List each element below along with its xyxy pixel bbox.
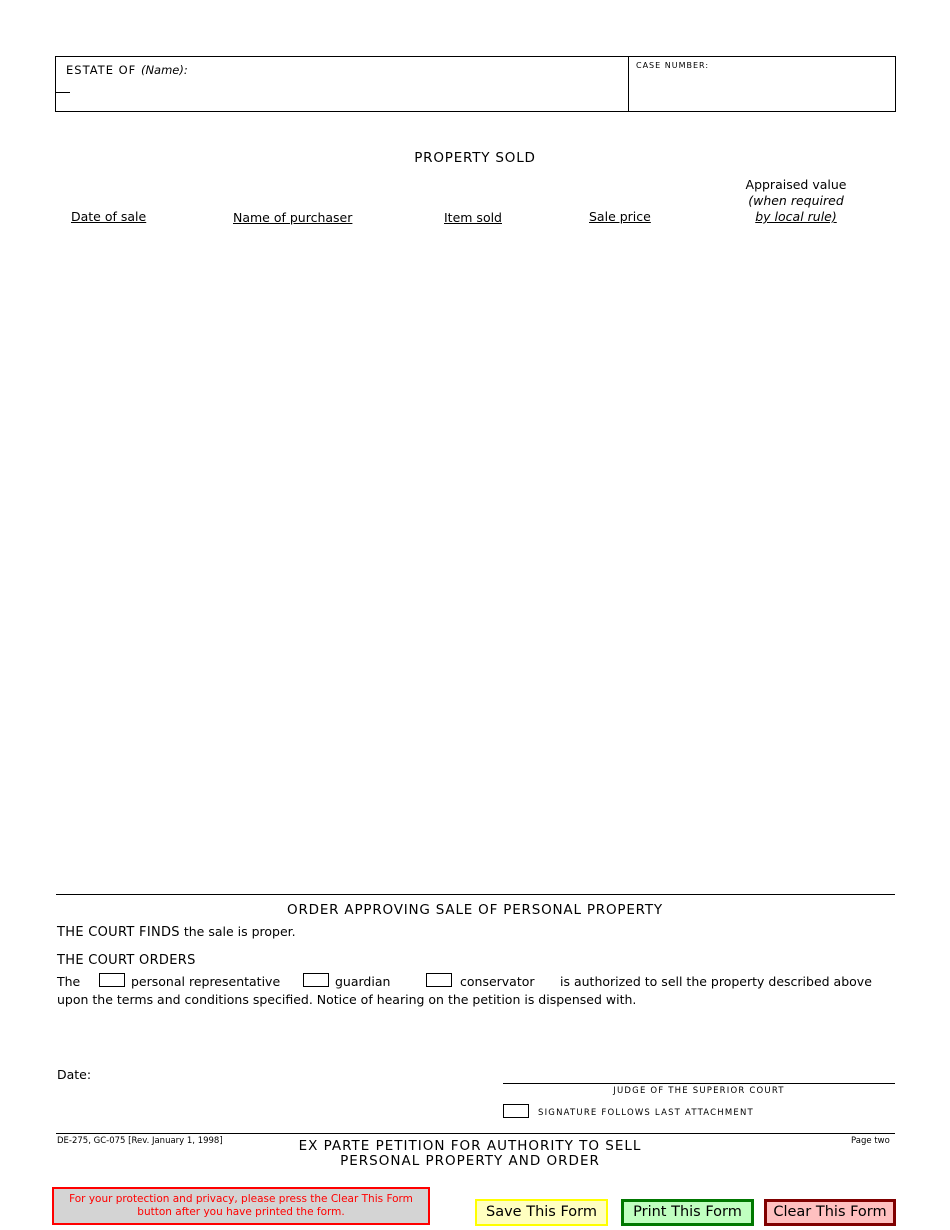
col-appraised-value: Appraised value (when required by local …	[726, 177, 866, 225]
judge-signature-line	[503, 1083, 895, 1084]
form-title: EX PARTE PETITION FOR AUTHORITY TO SELL …	[200, 1139, 740, 1169]
judge-label: JUDGE OF THE SUPERIOR COURT	[503, 1086, 895, 1096]
property-sold-title: PROPERTY SOLD	[0, 150, 950, 166]
authorized-text: is authorized to sell the property descr…	[560, 974, 872, 989]
order-divider	[56, 894, 895, 895]
case-number-label: CASE NUMBER:	[636, 61, 709, 70]
appraised-note-line1: (when required	[748, 193, 844, 208]
conservator-label: conservator	[460, 974, 535, 989]
form-title-line2: PERSONAL PROPERTY AND ORDER	[200, 1154, 740, 1169]
estate-name-hint: (Name):	[141, 63, 188, 77]
the-label: The	[57, 974, 80, 989]
clear-form-button[interactable]: Clear This Form	[764, 1199, 896, 1226]
page-number: Page two	[851, 1136, 890, 1146]
court-finds-text: the sale is proper.	[184, 924, 296, 939]
save-form-button[interactable]: Save This Form	[475, 1199, 608, 1226]
print-form-button[interactable]: Print This Form	[621, 1199, 754, 1226]
col-sale-price: Sale price	[589, 209, 651, 224]
signature-follows-checkbox[interactable]	[503, 1104, 529, 1118]
estate-of-label: ESTATE OF (Name):	[66, 63, 188, 77]
court-finds-heading: THE COURT FINDS	[57, 925, 180, 940]
date-field[interactable]	[95, 1063, 475, 1083]
order-title: ORDER APPROVING SALE OF PERSONAL PROPERT…	[0, 902, 950, 918]
estate-name-field[interactable]	[70, 80, 620, 104]
date-label: Date:	[57, 1067, 91, 1082]
court-orders-heading: THE COURT ORDERS	[57, 953, 196, 968]
estate-field-marker	[56, 92, 70, 93]
appraised-value-label: Appraised value	[726, 177, 866, 193]
case-number-field[interactable]	[636, 76, 886, 104]
col-item-sold: Item sold	[444, 210, 502, 225]
caption-divider	[628, 56, 629, 112]
personal-representative-label: personal representative	[131, 974, 280, 989]
property-sold-table-area[interactable]	[56, 235, 895, 880]
form-title-line1: EX PARTE PETITION FOR AUTHORITY TO SELL	[200, 1139, 740, 1154]
terms-text: upon the terms and conditions specified.…	[57, 992, 636, 1007]
conservator-checkbox[interactable]	[426, 973, 452, 987]
signature-follows-label: SIGNATURE FOLLOWS LAST ATTACHMENT	[538, 1108, 754, 1118]
col-date-of-sale: Date of sale	[71, 209, 146, 224]
privacy-notice: For your protection and privacy, please …	[52, 1187, 430, 1225]
col-name-of-purchaser: Name of purchaser	[233, 210, 352, 225]
appraised-note-line2: by local rule)	[755, 209, 837, 224]
estate-of-text: ESTATE OF	[66, 63, 136, 77]
form-id: DE-275, GC-075 [Rev. January 1, 1998]	[57, 1136, 223, 1146]
guardian-checkbox[interactable]	[303, 973, 329, 987]
guardian-label: guardian	[335, 974, 390, 989]
personal-representative-checkbox[interactable]	[99, 973, 125, 987]
court-finds-line: THE COURT FINDS the sale is proper.	[57, 924, 296, 940]
footer-divider	[56, 1133, 895, 1134]
